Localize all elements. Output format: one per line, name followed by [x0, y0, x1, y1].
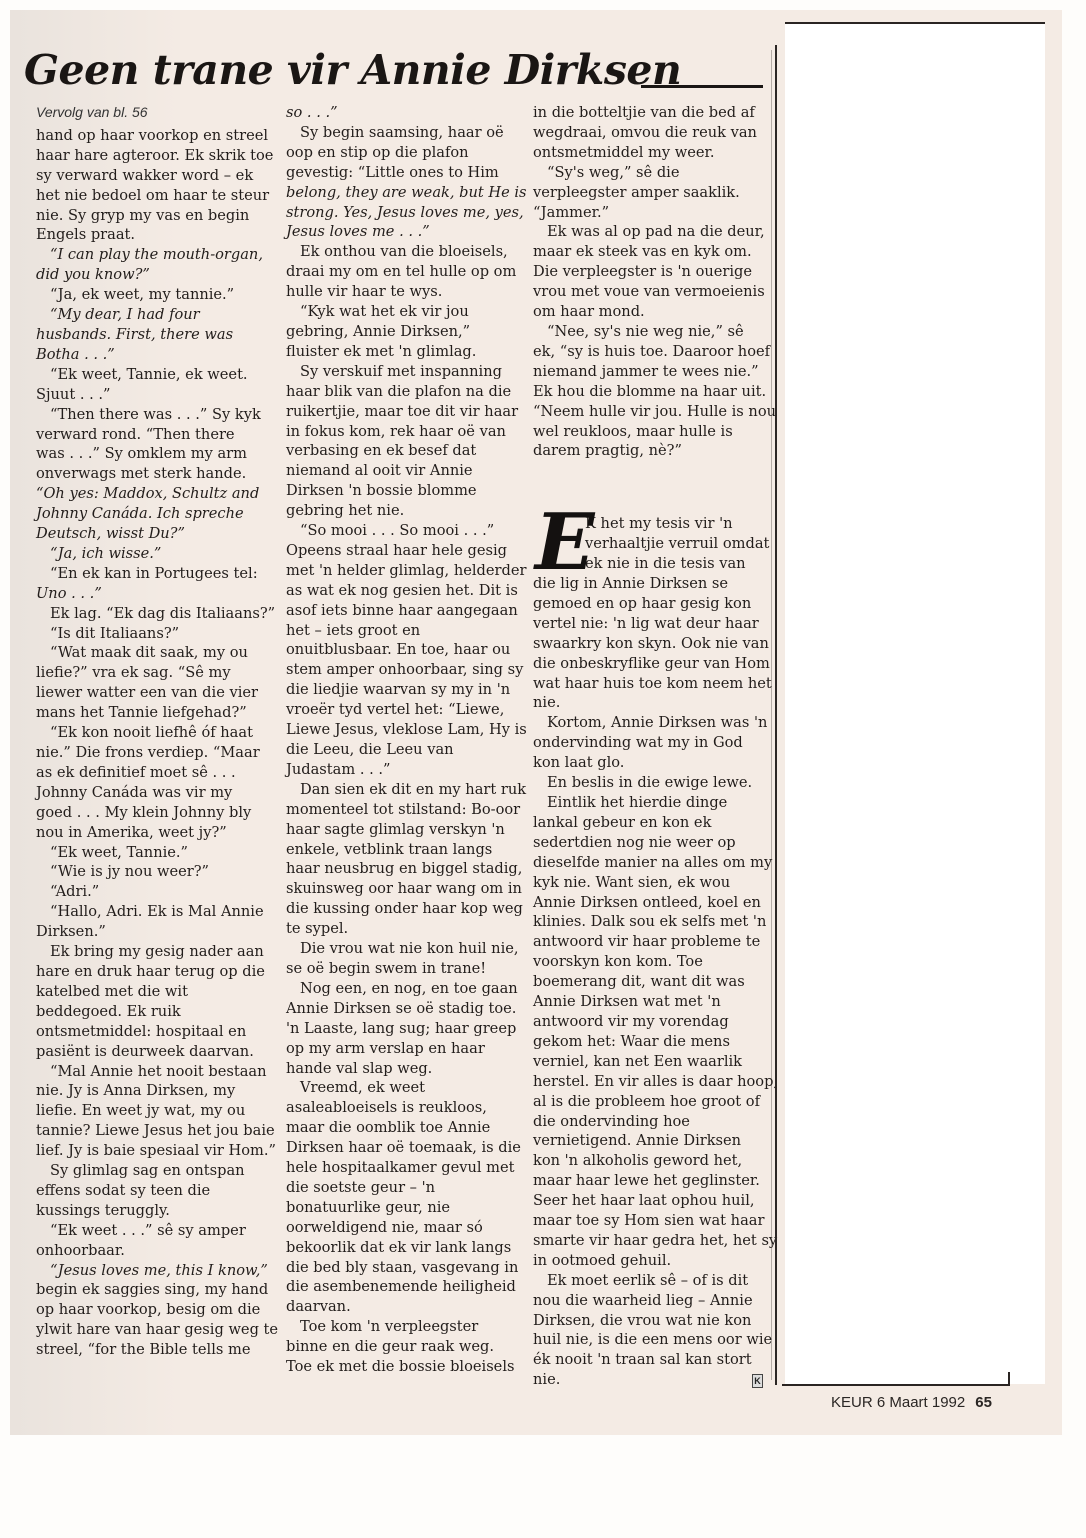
text-line: ontsmetmiddel: hospitaal en — [36, 1022, 266, 1042]
text-line: Nog een, en nog, en toe gaan — [286, 979, 516, 999]
text-line: stem amper onhoorbaar, sing sy — [286, 660, 516, 680]
text-line: “En ek kan in Portugees tel: — [36, 564, 266, 584]
text-line: Deutsch, wisst Du?” — [36, 524, 266, 544]
text-line: daarvan. — [286, 1297, 516, 1317]
article-column-2: so . . .”Sy begin saamsing, haar oëoop e… — [286, 103, 516, 1377]
text-line: Ek lag. “Ek dag dis Italiaans?” — [36, 604, 266, 624]
text-line: 'n Laaste, lang sug; haar greep — [286, 1019, 516, 1039]
text-line: al is die probleem hoe groot of — [533, 1092, 763, 1112]
text-line: “Ek weet . . .” sê sy amper — [36, 1221, 266, 1241]
text-line: “Ek weet, Tannie, ek weet. — [36, 365, 266, 385]
text-line: “Jammer.” — [533, 203, 763, 223]
text-line: verbasing en ek besef dat — [286, 441, 516, 461]
text-line: “Nee, sy's nie weg nie,” sê — [533, 322, 763, 342]
text-line: begin ek saggies sing, my hand — [36, 1280, 266, 1300]
text-line: strong. Yes, Jesus loves me, yes, — [286, 203, 516, 223]
continued-from-note: Vervolg van bl. 56 — [36, 103, 266, 123]
text-line: vrou met voue van vermoeienis — [533, 282, 763, 302]
text-line: die asembenemende heiligheid — [286, 1277, 516, 1297]
panel-corner-tick — [1008, 1372, 1010, 1386]
text-line: tannie? Liewe Jesus het jou baie — [36, 1121, 266, 1141]
text-line: met 'n helder glimlag, helderder — [286, 561, 516, 581]
text-line: Opeens straal haar hele gesig — [286, 541, 516, 561]
text-line: nou die waarheid lieg – Annie — [533, 1291, 763, 1311]
text-line: boemerang dit, want dit was — [533, 972, 763, 992]
text-line: “Kyk wat het ek vir jou — [286, 302, 516, 322]
text-line: ruikertjie, maar toe dit vir haar — [286, 402, 516, 422]
blank-covered-panel — [785, 22, 1045, 1384]
text-line: klinies. Dalk sou ek selfs met 'n — [533, 912, 763, 932]
text-line: Dirksen, die vrou wat nie kon — [533, 1311, 763, 1331]
text-line: Sy begin saamsing, haar oë — [286, 123, 516, 143]
text-line: haar neusbrug en biggel stadig, — [286, 859, 516, 879]
text-line: Annie Dirksen wat met 'n — [533, 992, 763, 1012]
column-divider-rule — [775, 45, 777, 1385]
text-line: bonatuurlike geur, nie — [286, 1198, 516, 1218]
text-line: vroeër tyd vertel het: “Liewe, — [286, 700, 516, 720]
text-line: was . . .” Sy omklem my arm — [36, 444, 266, 464]
text-line: liefie. En weet jy wat, my ou — [36, 1101, 266, 1121]
publication-date: KEUR 6 Maart 1992 — [831, 1394, 965, 1411]
text-line: Johnny Canáda. Ich spreche — [36, 504, 266, 524]
text-line: hand op haar voorkop en streel — [36, 126, 266, 146]
text-line: Engels praat. — [36, 225, 266, 245]
text-line: liefie?” vra ek sag. “Sê my — [36, 663, 266, 683]
text-line: “Oh yes: Maddox, Schultz and — [36, 484, 266, 504]
text-line: as ek definitief moet sê . . . — [36, 763, 266, 783]
text-line: die onbeskryflike geur van Hom — [533, 654, 763, 674]
text-line: haar hare agteroor. Ek skrik toe — [36, 146, 266, 166]
text-line: goed . . . My klein Johnny bly — [36, 803, 266, 823]
article-title: Geen trane vir Annie Dirksen — [24, 46, 681, 94]
text-line: “Jesus loves me, this I know,” — [36, 1261, 266, 1281]
text-line: antwoord vir my vorendag — [533, 1012, 763, 1032]
text-line: En beslis in die ewige lewe. — [533, 773, 763, 793]
text-line: Seer het haar laat ophou huil, — [533, 1191, 763, 1211]
text-line: Dirksen.” — [36, 922, 266, 942]
text-line: kon 'n alkoholis geword het, — [533, 1151, 763, 1171]
text-line: antwoord vir haar probleme te — [533, 932, 763, 952]
text-line: Toe ek met die bossie bloeisels — [286, 1357, 516, 1377]
text-line: bekoorlik dat ek vir lank langs — [286, 1238, 516, 1258]
text-line: mans het Tannie liefgehad?” — [36, 703, 266, 723]
text-line: hare en druk haar terug op die — [36, 962, 266, 982]
text-line: Ek onthou van die bloeisels, — [286, 242, 516, 262]
text-line: Dan sien ek dit en my hart ruk — [286, 780, 516, 800]
article-column-3: in die botteltjie van die bed afwegdraai… — [533, 103, 763, 1390]
text-line: op haar voorkop, besig om die — [36, 1300, 266, 1320]
text-line: Sy verskuif met inspanning — [286, 362, 516, 382]
text-line: maar ek steek vas en kyk om. — [533, 242, 763, 262]
text-line: “My dear, I had four — [36, 305, 266, 325]
text-line: “Mal Annie het nooit bestaan — [36, 1062, 266, 1082]
text-line: kussings teruggly. — [36, 1201, 266, 1221]
text-line: die soetste geur – 'n — [286, 1178, 516, 1198]
text-line: onuitblusbaar. En toe, haar ou — [286, 640, 516, 660]
text-line: gevestig: “Little ones to Him — [286, 163, 516, 183]
text-line: hulle vir haar te wys. — [286, 282, 516, 302]
text-line: het nie bedoel om haar te steur — [36, 186, 266, 206]
text-line: se oë begin swem in trane! — [286, 959, 516, 979]
column-3-text-before-break: in die botteltjie van die bed afwegdraai… — [533, 103, 763, 461]
text-line: pasiënt is deurweek daarvan. — [36, 1042, 266, 1062]
panel-bottom-rule — [782, 1384, 1010, 1386]
text-line: sy verward wakker word – ek — [36, 166, 266, 186]
text-line: asaleabloeisels is reukloos, — [286, 1098, 516, 1118]
text-line: so . . .” — [286, 103, 516, 123]
text-line: niemand jammer te wees nie.” — [533, 362, 763, 382]
text-line: nie. — [533, 693, 763, 713]
text-line: husbands. First, there was — [36, 325, 266, 345]
text-line: Eintlik het hierdie dinge — [533, 793, 763, 813]
text-line: Dirksen haar oë toemaak, is die — [286, 1138, 516, 1158]
text-line: Dirksen 'n bossie blomme — [286, 481, 516, 501]
text-line: Jesus loves me . . .” — [286, 222, 516, 242]
text-line: Annie Dirksen ontleed, koel en — [533, 893, 763, 913]
text-line: voorskyn kon kom. Toe — [533, 952, 763, 972]
text-line: in ootmoed gehuil. — [533, 1251, 763, 1271]
page-number: 65 — [975, 1394, 992, 1411]
article-column-1: Vervolg van bl. 56 hand op haar voorkop … — [36, 103, 266, 1360]
text-line: die bed bly staan, vasgevang in — [286, 1258, 516, 1278]
text-line: onhoorbaar. — [36, 1241, 266, 1261]
text-line: momenteel tot stilstand: Bo-oor — [286, 800, 516, 820]
text-line: maar haar lewe het geglinster. — [533, 1171, 763, 1191]
text-line: Die vrou wat nie kon huil nie, — [286, 939, 516, 959]
text-line: ontsmetmiddel my weer. — [533, 143, 763, 163]
text-line: het – iets groot en — [286, 621, 516, 641]
text-line: “Ja, ich wisse.” — [36, 544, 266, 564]
text-line: ylwit hare van haar gesig weg te — [36, 1320, 266, 1340]
text-line: as wat ek nog gesien het. Dit is — [286, 581, 516, 601]
column-2-text: so . . .”Sy begin saamsing, haar oëoop e… — [286, 103, 516, 1377]
text-line: katelbed met die wit — [36, 982, 266, 1002]
text-line: nou in Amerika, weet jy?” — [36, 823, 266, 843]
text-line: sedertdien nog nie weer op — [533, 833, 763, 853]
text-line: Botha . . .” — [36, 345, 266, 365]
page-footer: KEUR 6 Maart 199265 — [831, 1394, 992, 1411]
text-line: hande val slap weg. — [286, 1059, 516, 1079]
text-line: vernietigend. Annie Dirksen — [533, 1131, 763, 1151]
text-line: die ondervinding hoe — [533, 1112, 763, 1132]
text-line: dieselfde manier na alles om my — [533, 853, 763, 873]
text-line: streel, “for the Bible tells me — [36, 1340, 266, 1360]
text-line: in fokus kom, rek haar oë van — [286, 422, 516, 442]
text-line: beddegoed. Ek ruik — [36, 1002, 266, 1022]
text-line: enkele, vetblink traan langs — [286, 840, 516, 860]
text-line: in die botteltjie van die bed af — [533, 103, 763, 123]
text-line: Die verpleegster is 'n ouerige — [533, 262, 763, 282]
text-line: “Neem hulle vir jou. Hulle is nou — [533, 402, 763, 422]
text-line: Liewe Jesus, vleklose Lam, Hy is — [286, 720, 516, 740]
dropcap-letter: E — [535, 510, 594, 576]
text-line: “Sy's weg,” sê die — [533, 163, 763, 183]
text-line: Uno . . .” — [36, 584, 266, 604]
text-line: nie. Jy is Anna Dirksen, my — [36, 1081, 266, 1101]
text-line: darem pragtig, nè?” — [533, 441, 763, 461]
final-line-text: nie. — [533, 1371, 560, 1388]
text-line: asof iets binne haar aangegaan — [286, 601, 516, 621]
text-line: Johnny Canáda was vir my — [36, 783, 266, 803]
text-line: fluister ek met 'n glimlag. — [286, 342, 516, 362]
text-line: “Wat maak dit saak, my ou — [36, 643, 266, 663]
text-line: kon laat glo. — [533, 753, 763, 773]
text-line: vertel nie: 'n lig wat deur haar — [533, 614, 763, 634]
text-line: liewer watter een van die vier — [36, 683, 266, 703]
text-line: Annie Dirksen se oë stadig toe. — [286, 999, 516, 1019]
text-line: Ek was al op pad na die deur, — [533, 222, 763, 242]
text-line: haar blik van die plafon na die — [286, 382, 516, 402]
text-line: Sjuut . . .” — [36, 385, 266, 405]
text-line: Kortom, Annie Dirksen was 'n — [533, 713, 763, 733]
dropcap-paragraph: E K het my tesis vir 'n verhaaltjie verr… — [533, 514, 763, 574]
final-line: nie. K — [533, 1370, 763, 1390]
text-line: gebring het nie. — [286, 501, 516, 521]
text-line: wat haar huis toe kom neem het — [533, 674, 763, 694]
text-line: maar die oomblik toe Annie — [286, 1118, 516, 1138]
text-line: op my arm verslap en haar — [286, 1039, 516, 1059]
text-line: kyk nie. Want sien, ek wou — [533, 873, 763, 893]
text-line: nie. Sy gryp my vas en begin — [36, 206, 266, 226]
text-line: belong, they are weak, but He is — [286, 183, 516, 203]
text-line: skuinsweg oor haar wang om in — [286, 879, 516, 899]
text-line: Sy glimlag sag en ontspan — [36, 1161, 266, 1181]
text-line: ek, “sy is huis toe. Daaroor hoef — [533, 342, 763, 362]
text-line: die kussing onder haar kop weg — [286, 899, 516, 919]
text-line: “Ek kon nooit liefhê óf haat — [36, 723, 266, 743]
text-line: lief. Jy is baie spesiaal vir Hom.” — [36, 1141, 266, 1161]
text-line: verpleegster amper saaklik. — [533, 183, 763, 203]
text-line: die Leeu, die Leeu van — [286, 740, 516, 760]
text-line: haar sagte glimlag verskyn 'n — [286, 820, 516, 840]
text-line: “Is dit Italiaans?” — [36, 624, 266, 644]
text-line: om haar mond. — [533, 302, 763, 322]
text-line: “I can play the mouth-organ, — [36, 245, 266, 265]
text-line: swaarkry kon skyn. Ook nie van — [533, 634, 763, 654]
text-line: binne en die geur raak weg. — [286, 1337, 516, 1357]
text-line: oorweldigend nie, maar só — [286, 1218, 516, 1238]
text-line: gekom het: Waar die mens — [533, 1032, 763, 1052]
text-line: Ek moet eerlik sê – of is dit — [533, 1271, 763, 1291]
title-rule — [641, 85, 763, 88]
text-line: Judastam . . .” — [286, 760, 516, 780]
text-line: huil nie, is die een mens oor wie — [533, 1330, 763, 1350]
text-line: did you know?” — [36, 265, 266, 285]
column-1-text: hand op haar voorkop en streelhaar hare … — [36, 126, 266, 1360]
text-line: ék nooit 'n traan sal kan stort — [533, 1350, 763, 1370]
text-line: effens sodat sy teen die — [36, 1181, 266, 1201]
text-line: Ek hou die blomme na haar uit. — [533, 382, 763, 402]
column-3-text-after-break: die lig in Annie Dirksen segemoed en op … — [533, 574, 763, 1370]
text-line: draai my om en tel hulle op om — [286, 262, 516, 282]
text-line: “Ja, ek weet, my tannie.” — [36, 285, 266, 305]
text-line: lankal gebeur en kon ek — [533, 813, 763, 833]
end-of-article-mark-icon: K — [752, 1374, 763, 1388]
text-line: “Adri.” — [36, 882, 266, 902]
text-line: “Ek weet, Tannie.” — [36, 843, 266, 863]
text-line: maar toe sy Hom sien wat haar — [533, 1211, 763, 1231]
text-line: “Then there was . . .” Sy kyk — [36, 405, 266, 425]
text-line: nie.” Die frons verdiep. “Maar — [36, 743, 266, 763]
text-line: verward rond. “Then there — [36, 425, 266, 445]
text-line: “Hallo, Adri. Ek is Mal Annie — [36, 902, 266, 922]
text-line: hele hospitaalkamer gevul met — [286, 1158, 516, 1178]
text-line: gemoed en op haar gesig kon — [533, 594, 763, 614]
text-line: verniel, kan net Een waarlik — [533, 1052, 763, 1072]
text-line: die liedjie waarvan sy my in 'n — [286, 680, 516, 700]
text-line: gebring, Annie Dirksen,” — [286, 322, 516, 342]
text-line: oop en stip op die plafon — [286, 143, 516, 163]
text-line: ondervinding wat my in God — [533, 733, 763, 753]
text-line: “Wie is jy nou weer?” — [36, 862, 266, 882]
text-line: niemand al ooit vir Annie — [286, 461, 516, 481]
text-line: Vreemd, ek weet — [286, 1078, 516, 1098]
text-line: te sypel. — [286, 919, 516, 939]
text-line: smarte vir haar gedra het, het sy — [533, 1231, 763, 1251]
text-line: wegdraai, omvou die reuk van — [533, 123, 763, 143]
text-line: herstel. En vir alles is daar hoop, — [533, 1072, 763, 1092]
text-line: Ek bring my gesig nader aan — [36, 942, 266, 962]
text-line: Toe kom 'n verpleegster — [286, 1317, 516, 1337]
text-line: onverwags met sterk hande. — [36, 464, 266, 484]
column-divider-faint — [771, 50, 772, 1380]
text-line: wel reukloos, maar hulle is — [533, 422, 763, 442]
text-line: “So mooi . . . So mooi . . .” — [286, 521, 516, 541]
